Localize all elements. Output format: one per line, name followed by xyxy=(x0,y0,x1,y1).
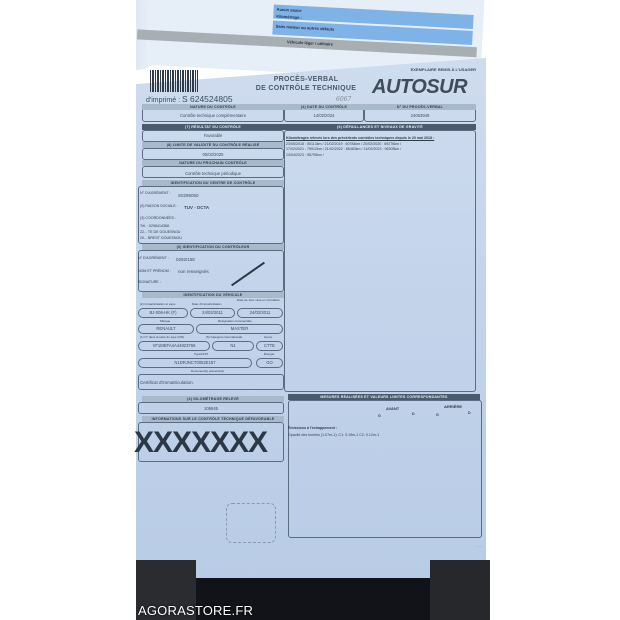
autosur-logo: AUTOSUR xyxy=(372,76,467,99)
floor-right xyxy=(430,560,490,620)
next-value: Contrôle technique périodique xyxy=(142,171,284,176)
copy-label: EXEMPLAIRE REMIS À L'USAGER xyxy=(411,67,476,72)
km-history-line: 13/04/2023 : 96795km / xyxy=(286,153,472,159)
genre-value: CTTE xyxy=(256,341,283,351)
arriere-g: G xyxy=(436,413,439,417)
agrement-value: S0295050 xyxy=(178,193,199,198)
back-line: Kilométrage : xyxy=(276,14,302,20)
emissions-label: Émissions à l'échappement : xyxy=(288,426,337,430)
imprime-value: S 624524805 xyxy=(182,94,233,104)
raison-label: (9) RAISON SOCIALE : xyxy=(140,204,178,208)
avant-g: G xyxy=(378,414,381,418)
km-history: Kilométrages relevés lors des précédents… xyxy=(286,136,472,158)
stamp-area xyxy=(226,503,276,543)
date-label: (4) DATE DU CONTRÔLE xyxy=(284,104,364,110)
type-value: N1DRJNCT0052E157 xyxy=(138,358,252,368)
arriere-label: ARRIÈRE xyxy=(444,404,462,409)
imprime-number: d'imprimé : S 624524805 xyxy=(146,94,233,104)
measures-box xyxy=(288,400,482,538)
document-label: Document(s) présenté(s) xyxy=(191,369,224,373)
ctrl-agrement-value: 0292I158 xyxy=(176,257,195,262)
address-line-2: 29... BREST GOUESNOU xyxy=(140,236,182,240)
sheet-content: EXEMPLAIRE REMIS À L'USAGER d'imprimé : … xyxy=(136,58,486,578)
arriere-d: D xyxy=(468,411,471,415)
avant-d: D xyxy=(412,412,415,416)
nature-label: NATURE DU CONTRÔLE xyxy=(142,104,284,110)
vin-value: VF1MEFA4A44823766 xyxy=(138,341,210,351)
agrement-label: N° D'AGRÉMENT : xyxy=(140,191,171,195)
imprime-label: d'imprimé : xyxy=(146,97,180,104)
tel: Tél. : 0298414368 xyxy=(140,224,169,228)
ctrl-name-value: non renseignés xyxy=(178,269,209,274)
pv-value: 24063949 xyxy=(364,113,476,118)
barcode xyxy=(150,70,198,92)
ctrl-name-label: NOM ET PRÉNOM : xyxy=(138,269,171,273)
nature-value: Contrôle technique complémentaire xyxy=(142,113,284,118)
validity-value: 05/02/2025 xyxy=(142,152,284,157)
date-immat-label: Date d'immatriculation xyxy=(192,302,222,306)
title-line-1: PROCÈS-VERBAL xyxy=(251,75,361,84)
result-value: Favorable xyxy=(142,133,284,138)
pv-label: N° DU PROCÈS-VERBAL xyxy=(364,104,476,110)
immat-label: (2) Immatriculation et pays xyxy=(140,302,175,306)
vin-label: (1) N° dans la série du type (VIN) xyxy=(140,335,184,339)
type-label: Type/CNIT xyxy=(194,352,208,356)
document-title: PROCÈS-VERBAL DE CONTRÔLE TECHNIQUE xyxy=(251,75,361,93)
energie-value: GO xyxy=(256,358,283,368)
designation-value: MASTER xyxy=(196,324,283,334)
title-line-2: DE CONTRÔLE TECHNIQUE xyxy=(251,84,361,93)
emissions-value: Opacité des fumées (1.07m-1): C1: 0.19m-… xyxy=(288,433,379,437)
avant-label: AVANT xyxy=(386,406,399,411)
ctrl-agrement-label: N° D'AGRÉMENT : xyxy=(138,256,169,260)
first-circ-value: 24/02/2011 xyxy=(237,308,283,318)
km-value: 109945 xyxy=(138,406,284,411)
raison-value: TUV - DCTA xyxy=(184,205,209,210)
date-value: 14/02/2024 xyxy=(284,113,364,118)
coords-label: (3) COORDONNÉES : xyxy=(140,216,176,220)
marque-value: RENAULT xyxy=(138,324,194,334)
marque-label: Marque xyxy=(160,319,170,323)
immat-value: BJ-006-HK (F) xyxy=(138,308,188,318)
first-circ-label: Date de 1ère mise en circulation xyxy=(236,298,281,302)
watermark: AGORASTORE.FR xyxy=(138,603,253,618)
redaction-mark: XXXXXXX xyxy=(134,426,267,460)
handwritten-note: 6067 xyxy=(336,96,351,103)
energie-label: Énergie xyxy=(264,352,274,356)
fine-print: ·· ····· xyxy=(474,544,482,548)
address-line-1: 22... TE DE GOUESNOU xyxy=(140,230,180,234)
designation-label: Désignation commerciale xyxy=(218,319,252,323)
date-immat-value: 24/02/2011 xyxy=(190,308,235,318)
categorie-value: N1 xyxy=(212,341,254,351)
defects-box xyxy=(284,130,476,392)
genre-label: Genre xyxy=(264,335,272,339)
categorie-label: (5) Catégorie internationale xyxy=(206,335,242,339)
signature-label: SIGNATURE : xyxy=(138,280,161,284)
document-value: Certificat d'immatriculation. xyxy=(140,380,194,385)
